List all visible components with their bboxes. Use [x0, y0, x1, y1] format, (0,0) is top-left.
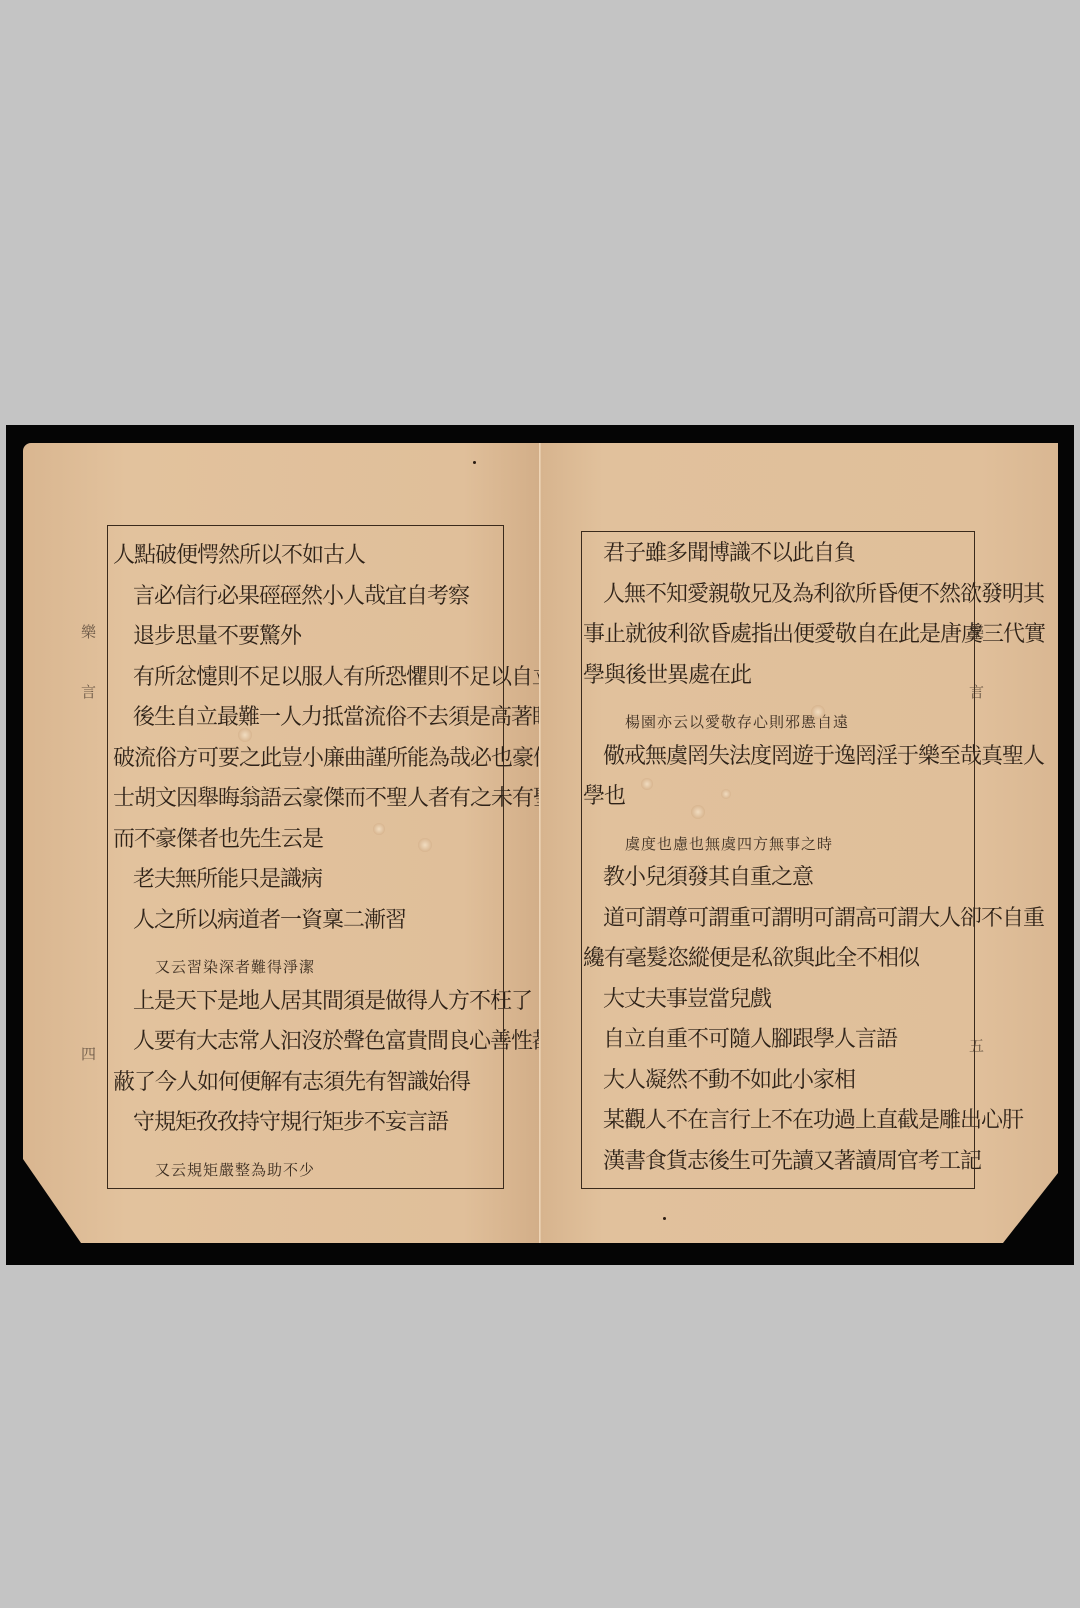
text-line: 君子雖多聞博識不以此自負: [603, 541, 855, 567]
text-line: 退步思量不要驚外: [133, 624, 301, 650]
text-line: 纔有毫髮恣縱便是私欲與此全不相似: [583, 946, 919, 972]
text-line: 人要有大志常人汩沒於聲色富貴間良心善性都蒙: [133, 1029, 574, 1055]
text-line: 人點破便愕然所以不如古人: [113, 543, 365, 569]
text-line: 士胡文因舉晦翁語云豪傑而不聖人者有之未有聖人: [113, 786, 575, 812]
right-page: 樂 言 五 君子雖多聞博識不以此自負人無不知愛親敬兄及為利欲所昏便不然欲發明其事…: [541, 443, 1058, 1243]
text-line: 儆戒無虞罔失法度罔遊于逸罔淫于樂至哉真聖人: [603, 744, 1044, 770]
text-line: 自立自重不可隨人腳跟學人言語: [603, 1027, 897, 1053]
text-line: 道可謂尊可謂重可謂明可謂高可謂大人卻不自重: [603, 906, 1044, 932]
text-line: 事止就彼利欲昏處指出便愛敬自在此是唐虞三代實: [583, 622, 1045, 648]
text-line: 破流俗方可要之此豈小廉曲謹所能為哉必也豪傑之: [113, 746, 575, 772]
text-line: 言必信行必果硜硜然小人哉宜自考察: [133, 584, 469, 610]
text-line: 又云習染深者難得淨潔: [155, 954, 315, 980]
text-line: 虞度也慮也無虞四方無事之時: [625, 831, 833, 857]
text-line: 漢書食貨志後生可先讀又著讀周官考工記: [603, 1149, 981, 1175]
text-line: 後生自立最難一人力抵當流俗不去須是高著眼看: [133, 705, 574, 731]
text-line: 有所忿懥則不足以服人有所恐懼則不足以自立: [133, 665, 553, 691]
left-page-number: 四: [81, 1043, 96, 1064]
text-line: 學與後世異處在此: [583, 663, 751, 689]
text-line: 學也: [583, 784, 625, 810]
text-line: 上是天下是地人居其間須是做得人方不枉了: [133, 989, 532, 1015]
scanned-book-spread: 樂 言 四 人點破便愕然所以不如古人言必信行必果硜硜然小人哉宜自考察退步思量不要…: [6, 425, 1074, 1265]
text-line: 大丈夫事豈當兒戲: [603, 987, 771, 1013]
text-line: 人無不知愛親敬兄及為利欲所昏便不然欲發明其: [603, 582, 1044, 608]
running-title-char-2: 言: [81, 681, 96, 702]
text-line: 又云規矩嚴整為助不少: [155, 1157, 315, 1183]
text-line: 老夫無所能只是識病: [133, 867, 322, 893]
left-page: 樂 言 四 人點破便愕然所以不如古人言必信行必果硜硜然小人哉宜自考察退步思量不要…: [23, 443, 541, 1243]
text-line: 人之所以病道者一資稟二漸習: [133, 908, 406, 934]
text-line: 某觀人不在言行上不在功過上直截是雕出心肝: [603, 1108, 1023, 1134]
running-title-char-1: 樂: [81, 621, 96, 642]
text-line: 教小兒須發其自重之意: [603, 865, 813, 891]
text-line: 大人凝然不動不如此小家相: [603, 1068, 855, 1094]
text-line: 而不豪傑者也先生云是: [113, 827, 323, 853]
text-line: 守規矩孜孜持守規行矩步不妄言語: [133, 1110, 448, 1136]
text-line: 蔽了今人如何便解有志須先有智識始得: [113, 1070, 470, 1096]
